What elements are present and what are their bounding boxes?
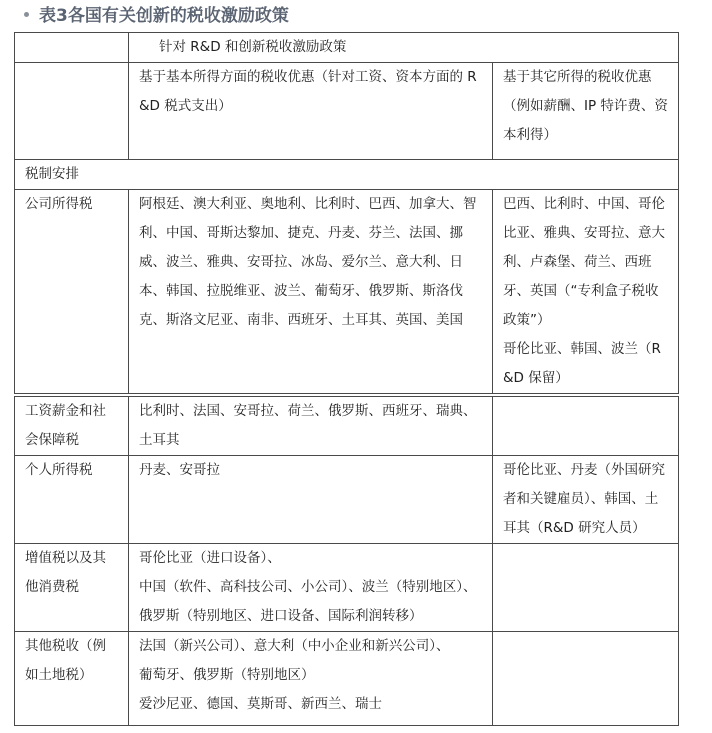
column-header-basic: 基于基本所得方面的税收优惠（针对工资、资本方面的 R&D 税式支出） <box>129 63 493 160</box>
other-income-cell <box>493 632 679 726</box>
tax-incentive-table-part2: 工资薪金和社会保障税 比利时、法国、安哥拉、荷兰、俄罗斯、西班牙、瑞典、土耳其 … <box>14 396 679 726</box>
section-label: 税制安排 <box>15 160 679 190</box>
other-income-cell <box>493 397 679 456</box>
other-income-cell: 巴西、比利时、中国、哥伦比亚、雅典、安哥拉、意大利、卢森堡、荷兰、西班牙、英国（… <box>493 190 679 394</box>
basic-income-cell: 丹麦、安哥拉 <box>129 456 493 544</box>
row-label: 个人所得税 <box>15 456 129 544</box>
column-header-other: 基于其它所得的税收优惠（例如薪酬、IP 特许费、资本利得） <box>493 63 679 160</box>
span-header-cell: 针对 R&D 和创新税收激励政策 <box>129 33 679 63</box>
header-row-span: 针对 R&D 和创新税收激励政策 <box>15 33 679 63</box>
header-row-columns: 基于基本所得方面的税收优惠（针对工资、资本方面的 R&D 税式支出） 基于其它所… <box>15 63 679 160</box>
table-row: 工资薪金和社会保障税 比利时、法国、安哥拉、荷兰、俄罗斯、西班牙、瑞典、土耳其 <box>15 397 679 456</box>
tax-incentive-table-part1: 针对 R&D 和创新税收激励政策 基于基本所得方面的税收优惠（针对工资、资本方面… <box>14 32 679 394</box>
table-caption: 表3各国有关创新的税收激励政策 <box>24 4 289 28</box>
basic-income-cell: 哥伦比亚（进口设备）、 中国（软件、高科技公司、小公司）、波兰（特别地区）、 俄… <box>129 544 493 632</box>
row-label: 其他税收（例如土地税） <box>15 632 129 726</box>
table-row: 其他税收（例如土地税） 法国（新兴公司）、意大利（中小企业和新兴公司）、 葡萄牙… <box>15 632 679 726</box>
other-income-cell: 哥伦比亚、丹麦（外国研究者和关键雇员）、韩国、土耳其（R&D 研究人员） <box>493 456 679 544</box>
row-label: 公司所得税 <box>15 190 129 394</box>
basic-income-cell: 比利时、法国、安哥拉、荷兰、俄罗斯、西班牙、瑞典、土耳其 <box>129 397 493 456</box>
table-row: 增值税以及其他消费税 哥伦比亚（进口设备）、 中国（软件、高科技公司、小公司）、… <box>15 544 679 632</box>
section-row: 税制安排 <box>15 160 679 190</box>
basic-income-cell: 法国（新兴公司）、意大利（中小企业和新兴公司）、 葡萄牙、俄罗斯（特别地区） 爱… <box>129 632 493 726</box>
table-row: 个人所得税 丹麦、安哥拉 哥伦比亚、丹麦（外国研究者和关键雇员）、韩国、土耳其（… <box>15 456 679 544</box>
table-row: 公司所得税 阿根廷、澳大利亚、奥地利、比利时、巴西、加拿大、智利、中国、哥斯达黎… <box>15 190 679 394</box>
row-label: 工资薪金和社会保障税 <box>15 397 129 456</box>
span-header-text: 针对 R&D 和创新税收激励政策 <box>159 39 346 55</box>
basic-income-cell: 阿根廷、澳大利亚、奥地利、比利时、巴西、加拿大、智利、中国、哥斯达黎加、捷克、丹… <box>129 190 493 394</box>
empty-corner-cell <box>15 33 129 63</box>
table-title: 表3各国有关创新的税收激励政策 <box>39 6 289 26</box>
bullet-icon <box>24 12 29 17</box>
empty-header-cell <box>15 63 129 160</box>
other-income-cell <box>493 544 679 632</box>
row-label: 增值税以及其他消费税 <box>15 544 129 632</box>
